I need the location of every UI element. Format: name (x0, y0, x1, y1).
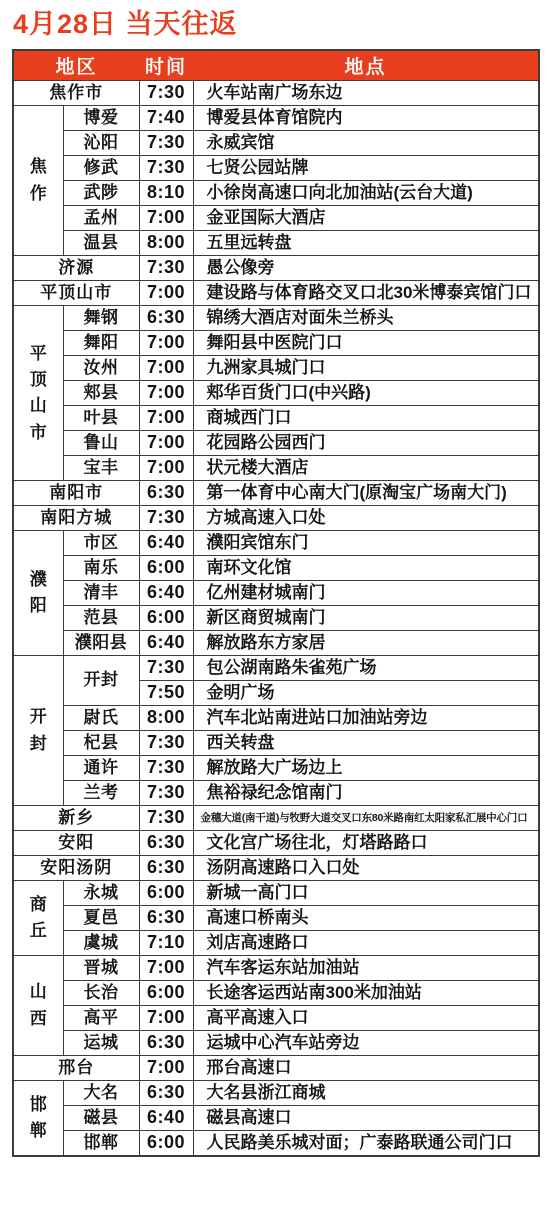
table-row: 濮阳县6:40解放路东方家居 (13, 631, 539, 656)
table-row: 开 封开封7:30包公湖南路朱雀苑广场 (13, 656, 539, 681)
time-cell: 7:30 (139, 256, 193, 281)
sub-region-cell: 鲁山 (63, 431, 139, 456)
table-row: 尉氏8:00汽车北站南进站口加油站旁边 (13, 706, 539, 731)
table-row: 兰考7:30焦裕禄纪念馆南门 (13, 781, 539, 806)
time-cell: 6:00 (139, 606, 193, 631)
sub-region-cell: 沁阳 (63, 131, 139, 156)
sub-region-cell: 博爱 (63, 106, 139, 131)
place-cell: 焦裕禄纪念馆南门 (193, 781, 539, 806)
table-row: 郏县7:00郏华百货门口(中兴路) (13, 381, 539, 406)
table-row: 新乡7:30金穗大道(南干道)与牧野大道交叉口东80米路南红太阳家私汇展中心门口 (13, 806, 539, 831)
place-cell: 七贤公园站牌 (193, 156, 539, 181)
time-cell: 6:00 (139, 556, 193, 581)
table-row: 安阳汤阴6:30汤阴高速路口入口处 (13, 856, 539, 881)
table-row: 濮 阳市区6:40濮阳宾馆东门 (13, 531, 539, 556)
place-cell: 永威宾馆 (193, 131, 539, 156)
place-cell: 西关转盘 (193, 731, 539, 756)
table-row: 焦 作博爱7:40博爱县体育馆院内 (13, 106, 539, 131)
time-cell: 6:30 (139, 856, 193, 881)
sub-region-cell: 大名 (63, 1081, 139, 1106)
time-cell: 6:00 (139, 981, 193, 1006)
time-cell: 7:30 (139, 131, 193, 156)
table-row: 济源7:30愚公像旁 (13, 256, 539, 281)
sub-region-cell: 修武 (63, 156, 139, 181)
place-cell: 花园路公园西门 (193, 431, 539, 456)
sub-region-cell: 运城 (63, 1031, 139, 1056)
sub-region-cell: 范县 (63, 606, 139, 631)
table-row: 焦作市7:30火车站南广场东边 (13, 81, 539, 106)
time-cell: 7:30 (139, 656, 193, 681)
sub-region-cell: 清丰 (63, 581, 139, 606)
time-cell: 7:30 (139, 506, 193, 531)
time-cell: 7:10 (139, 931, 193, 956)
group-cell: 商 丘 (13, 881, 63, 956)
time-cell: 7:30 (139, 781, 193, 806)
time-cell: 8:00 (139, 706, 193, 731)
time-cell: 7:30 (139, 806, 193, 831)
table-row: 长治6:00长途客运西站南300米加油站 (13, 981, 539, 1006)
place-cell: 邢台高速口 (193, 1056, 539, 1081)
place-cell: 解放路大广场边上 (193, 756, 539, 781)
table-row: 平 顶 山 市舞钢6:30锦绣大酒店对面朱兰桥头 (13, 306, 539, 331)
page-title: 4月28日 当天往返 (0, 0, 550, 49)
time-cell: 6:40 (139, 531, 193, 556)
table-row: 南阳市6:30第一体育中心南大门(原淘宝广场南大门) (13, 481, 539, 506)
table-row: 安阳6:30文化宫广场往北，灯塔路路口 (13, 831, 539, 856)
place-cell: 汽车客运东站加油站 (193, 956, 539, 981)
time-cell: 6:30 (139, 1081, 193, 1106)
time-cell: 7:50 (139, 681, 193, 706)
table-row: 汝州7:00九洲家具城门口 (13, 356, 539, 381)
place-cell: 文化宫广场往北，灯塔路路口 (193, 831, 539, 856)
time-cell: 6:30 (139, 1031, 193, 1056)
table-row: 鲁山7:00花园路公园西门 (13, 431, 539, 456)
group-cell: 邯 郸 (13, 1081, 63, 1156)
region-cell: 济源 (13, 256, 139, 281)
table-row: 舞阳7:00舞阳县中医院门口 (13, 331, 539, 356)
sub-region-cell: 汝州 (63, 356, 139, 381)
place-cell: 金亚国际大酒店 (193, 206, 539, 231)
region-cell: 平顶山市 (13, 281, 139, 306)
table-row: 温县8:00五里远转盘 (13, 231, 539, 256)
sub-region-cell: 温县 (63, 231, 139, 256)
header-place: 地点 (193, 50, 539, 81)
place-cell: 状元楼大酒店 (193, 456, 539, 481)
place-cell: 刘店高速路口 (193, 931, 539, 956)
place-cell: 新城一高门口 (193, 881, 539, 906)
table-row: 邯 郸大名6:30大名县浙江商城 (13, 1081, 539, 1106)
header-time: 时间 (139, 50, 193, 81)
table-row: 邢台7:00邢台高速口 (13, 1056, 539, 1081)
sub-region-cell: 高平 (63, 1006, 139, 1031)
place-cell: 磁县高速口 (193, 1106, 539, 1131)
table-row: 夏邑6:30高速口桥南头 (13, 906, 539, 931)
time-cell: 7:00 (139, 331, 193, 356)
time-cell: 6:00 (139, 881, 193, 906)
time-cell: 7:30 (139, 731, 193, 756)
sub-region-cell: 市区 (63, 531, 139, 556)
region-cell: 安阳汤阴 (13, 856, 139, 881)
table-row: 杞县7:30西关转盘 (13, 731, 539, 756)
sub-region-cell: 舞钢 (63, 306, 139, 331)
place-cell: 高平高速入口 (193, 1006, 539, 1031)
place-cell: 濮阳宾馆东门 (193, 531, 539, 556)
place-cell: 高速口桥南头 (193, 906, 539, 931)
time-cell: 6:00 (139, 1131, 193, 1156)
time-cell: 7:00 (139, 281, 193, 306)
table-row: 商 丘永城6:00新城一高门口 (13, 881, 539, 906)
place-cell: 南环文化馆 (193, 556, 539, 581)
table-row: 平顶山市7:00建设路与体育路交叉口北30米博泰宾馆门口 (13, 281, 539, 306)
group-cell: 平 顶 山 市 (13, 306, 63, 481)
region-cell: 南阳方城 (13, 506, 139, 531)
sub-region-cell: 南乐 (63, 556, 139, 581)
time-cell: 7:00 (139, 1056, 193, 1081)
table-row: 范县6:00新区商贸城南门 (13, 606, 539, 631)
table-row: 南阳方城7:30方城高速入口处 (13, 506, 539, 531)
time-cell: 7:30 (139, 81, 193, 106)
place-cell: 愚公像旁 (193, 256, 539, 281)
time-cell: 6:40 (139, 1106, 193, 1131)
table-row: 武陟8:10小徐岗高速口向北加油站(云台大道) (13, 181, 539, 206)
place-cell: 郏华百货门口(中兴路) (193, 381, 539, 406)
table-row: 叶县7:00商城西门口 (13, 406, 539, 431)
time-cell: 6:30 (139, 481, 193, 506)
region-cell: 邢台 (13, 1056, 139, 1081)
table-row: 沁阳7:30永威宾馆 (13, 131, 539, 156)
schedule-table: 地区 时间 地点 焦作市7:30火车站南广场东边焦 作博爱7:40博爱县体育馆院… (12, 49, 540, 1157)
group-cell: 山 西 (13, 956, 63, 1056)
time-cell: 6:30 (139, 831, 193, 856)
place-cell: 运城中心汽车站旁边 (193, 1031, 539, 1056)
header-region: 地区 (13, 50, 139, 81)
region-cell: 安阳 (13, 831, 139, 856)
table-row: 南乐6:00南环文化馆 (13, 556, 539, 581)
place-cell: 方城高速入口处 (193, 506, 539, 531)
sub-region-cell: 舞阳 (63, 331, 139, 356)
sub-region-cell: 晋城 (63, 956, 139, 981)
group-cell: 开 封 (13, 656, 63, 806)
sub-region-cell: 武陟 (63, 181, 139, 206)
region-cell: 新乡 (13, 806, 139, 831)
sub-region-cell: 邯郸 (63, 1131, 139, 1156)
table-row: 邯郸6:00人民路美乐城对面；广泰路联通公司门口 (13, 1131, 539, 1156)
table-row: 山 西晋城7:00汽车客运东站加油站 (13, 956, 539, 981)
table-row: 清丰6:40亿州建材城南门 (13, 581, 539, 606)
time-cell: 7:00 (139, 431, 193, 456)
time-cell: 6:30 (139, 906, 193, 931)
place-cell: 火车站南广场东边 (193, 81, 539, 106)
table-row: 通许7:30解放路大广场边上 (13, 756, 539, 781)
sub-region-cell: 郏县 (63, 381, 139, 406)
time-cell: 6:40 (139, 631, 193, 656)
place-cell: 包公湖南路朱雀苑广场 (193, 656, 539, 681)
sub-region-cell: 长治 (63, 981, 139, 1006)
place-cell: 大名县浙江商城 (193, 1081, 539, 1106)
sub-region-cell: 通许 (63, 756, 139, 781)
place-cell: 锦绣大酒店对面朱兰桥头 (193, 306, 539, 331)
table-row: 孟州7:00金亚国际大酒店 (13, 206, 539, 231)
group-cell: 濮 阳 (13, 531, 63, 656)
sub-region-cell: 宝丰 (63, 456, 139, 481)
table-row: 运城6:30运城中心汽车站旁边 (13, 1031, 539, 1056)
time-cell: 7:30 (139, 756, 193, 781)
table-header: 地区 时间 地点 (13, 50, 539, 81)
sub-region-cell: 叶县 (63, 406, 139, 431)
place-cell: 小徐岗高速口向北加油站(云台大道) (193, 181, 539, 206)
place-cell: 五里远转盘 (193, 231, 539, 256)
place-cell: 新区商贸城南门 (193, 606, 539, 631)
place-cell: 金穗大道(南干道)与牧野大道交叉口东80米路南红太阳家私汇展中心门口 (193, 806, 539, 831)
place-cell: 汽车北站南进站口加油站旁边 (193, 706, 539, 731)
time-cell: 8:10 (139, 181, 193, 206)
header-row: 地区 时间 地点 (13, 50, 539, 81)
time-cell: 7:00 (139, 356, 193, 381)
table-row: 高平7:00高平高速入口 (13, 1006, 539, 1031)
place-cell: 解放路东方家居 (193, 631, 539, 656)
time-cell: 7:00 (139, 206, 193, 231)
region-cell: 南阳市 (13, 481, 139, 506)
place-cell: 亿州建材城南门 (193, 581, 539, 606)
table-body: 焦作市7:30火车站南广场东边焦 作博爱7:40博爱县体育馆院内沁阳7:30永威… (13, 81, 539, 1156)
time-cell: 6:30 (139, 306, 193, 331)
group-cell: 焦 作 (13, 106, 63, 256)
sub-region-cell: 永城 (63, 881, 139, 906)
sub-region-cell: 濮阳县 (63, 631, 139, 656)
table-row: 磁县6:40磁县高速口 (13, 1106, 539, 1131)
time-cell: 7:00 (139, 456, 193, 481)
time-cell: 7:40 (139, 106, 193, 131)
sub-region-cell: 孟州 (63, 206, 139, 231)
sub-region-cell: 磁县 (63, 1106, 139, 1131)
place-cell: 人民路美乐城对面；广泰路联通公司门口 (193, 1131, 539, 1156)
time-cell: 8:00 (139, 231, 193, 256)
place-cell: 九洲家具城门口 (193, 356, 539, 381)
place-cell: 汤阴高速路口入口处 (193, 856, 539, 881)
table-row: 宝丰7:00状元楼大酒店 (13, 456, 539, 481)
time-cell: 7:00 (139, 956, 193, 981)
table-row: 修武7:30七贤公园站牌 (13, 156, 539, 181)
time-cell: 6:40 (139, 581, 193, 606)
place-cell: 建设路与体育路交叉口北30米博泰宾馆门口 (193, 281, 539, 306)
place-cell: 长途客运西站南300米加油站 (193, 981, 539, 1006)
place-cell: 金明广场 (193, 681, 539, 706)
place-cell: 商城西门口 (193, 406, 539, 431)
sub-region-cell: 夏邑 (63, 906, 139, 931)
sub-region-cell: 虞城 (63, 931, 139, 956)
place-cell: 博爱县体育馆院内 (193, 106, 539, 131)
sub-region-cell: 开封 (63, 656, 139, 706)
time-cell: 7:00 (139, 381, 193, 406)
sub-region-cell: 兰考 (63, 781, 139, 806)
time-cell: 7:00 (139, 1006, 193, 1031)
table-row: 虞城7:10刘店高速路口 (13, 931, 539, 956)
time-cell: 7:30 (139, 156, 193, 181)
place-cell: 舞阳县中医院门口 (193, 331, 539, 356)
time-cell: 7:00 (139, 406, 193, 431)
place-cell: 第一体育中心南大门(原淘宝广场南大门) (193, 481, 539, 506)
sub-region-cell: 杞县 (63, 731, 139, 756)
region-cell: 焦作市 (13, 81, 139, 106)
sub-region-cell: 尉氏 (63, 706, 139, 731)
